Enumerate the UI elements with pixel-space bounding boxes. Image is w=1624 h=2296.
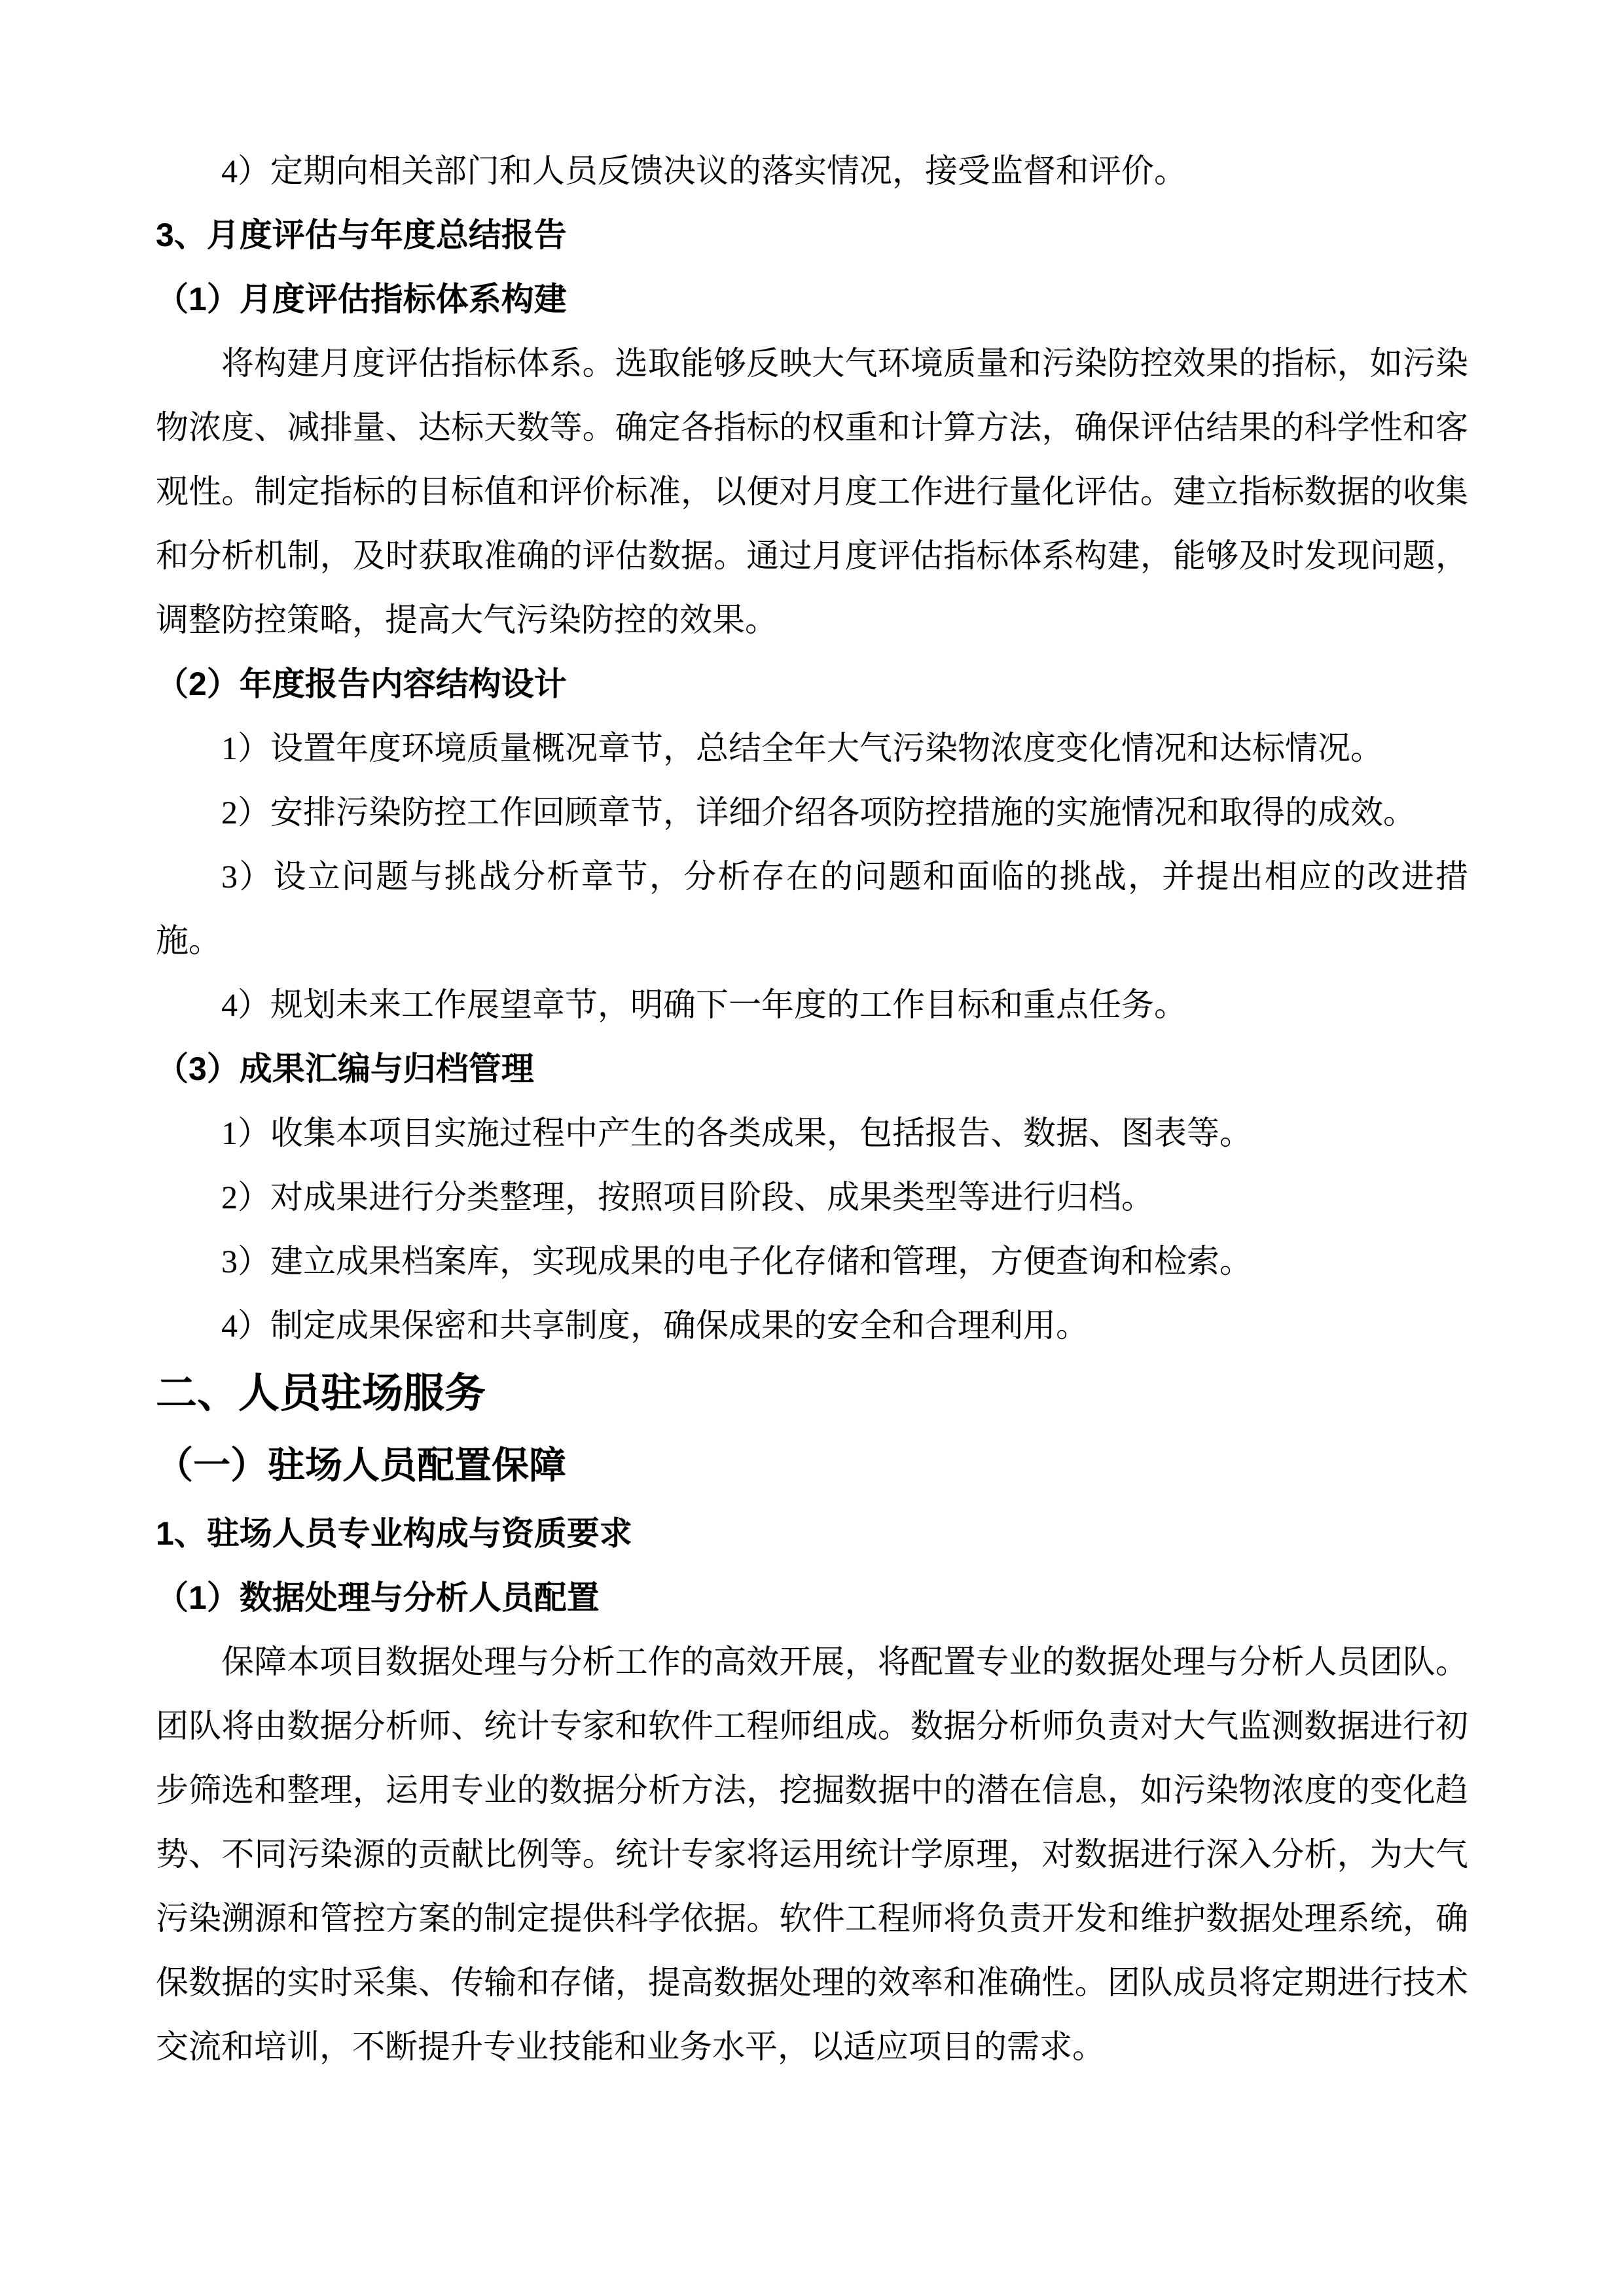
section-heading-level4: （1）数据处理与分析人员配置 bbox=[156, 1566, 1468, 1630]
body-paragraph: 4）规划未来工作展望章节，明确下一年度的工作目标和重点任务。 bbox=[156, 973, 1468, 1037]
section-heading-level3: 1、驻场人员专业构成与资质要求 bbox=[156, 1501, 1468, 1566]
body-paragraph: 3）设立问题与挑战分析章节，分析存在的问题和面临的挑战，并提出相应的改进措施。 bbox=[156, 844, 1468, 973]
body-paragraph: 1）设置年度环境质量概况章节，总结全年大气污染物浓度变化情况和达标情况。 bbox=[156, 716, 1468, 780]
body-paragraph: 2）对成果进行分类整理，按照项目阶段、成果类型等进行归档。 bbox=[156, 1165, 1468, 1229]
body-paragraph: 2）安排污染防控工作回顾章节，详细介绍各项防控措施的实施情况和取得的成效。 bbox=[156, 780, 1468, 844]
body-paragraph: 4）定期向相关部门和人员反馈决议的落实情况，接受监督和评价。 bbox=[156, 139, 1468, 203]
body-paragraph: 4）制定成果保密和共享制度，确保成果的安全和合理利用。 bbox=[156, 1293, 1468, 1357]
document-page: 4）定期向相关部门和人员反馈决议的落实情况，接受监督和评价。3、月度评估与年度总… bbox=[0, 0, 1624, 2296]
body-paragraph: 3）建立成果档案库，实现成果的电子化存储和管理，方便查询和检索。 bbox=[156, 1229, 1468, 1293]
section-heading-level3: 3、月度评估与年度总结报告 bbox=[156, 203, 1468, 267]
section-heading-level2: （一）驻场人员配置保障 bbox=[156, 1429, 1468, 1501]
section-heading-level1: 二、人员驻场服务 bbox=[156, 1357, 1468, 1429]
body-paragraph: 保障本项目数据处理与分析工作的高效开展，将配置专业的数据处理与分析人员团队。团队… bbox=[156, 1630, 1468, 2079]
section-heading-level4: （1）月度评估指标体系构建 bbox=[156, 267, 1468, 331]
section-heading-level4: （3）成果汇编与归档管理 bbox=[156, 1037, 1468, 1101]
body-paragraph: 1）收集本项目实施过程中产生的各类成果，包括报告、数据、图表等。 bbox=[156, 1101, 1468, 1165]
body-paragraph: 将构建月度评估指标体系。选取能够反映大气环境质量和污染防控效果的指标，如污染物浓… bbox=[156, 331, 1468, 652]
section-heading-level4: （2）年度报告内容结构设计 bbox=[156, 652, 1468, 716]
